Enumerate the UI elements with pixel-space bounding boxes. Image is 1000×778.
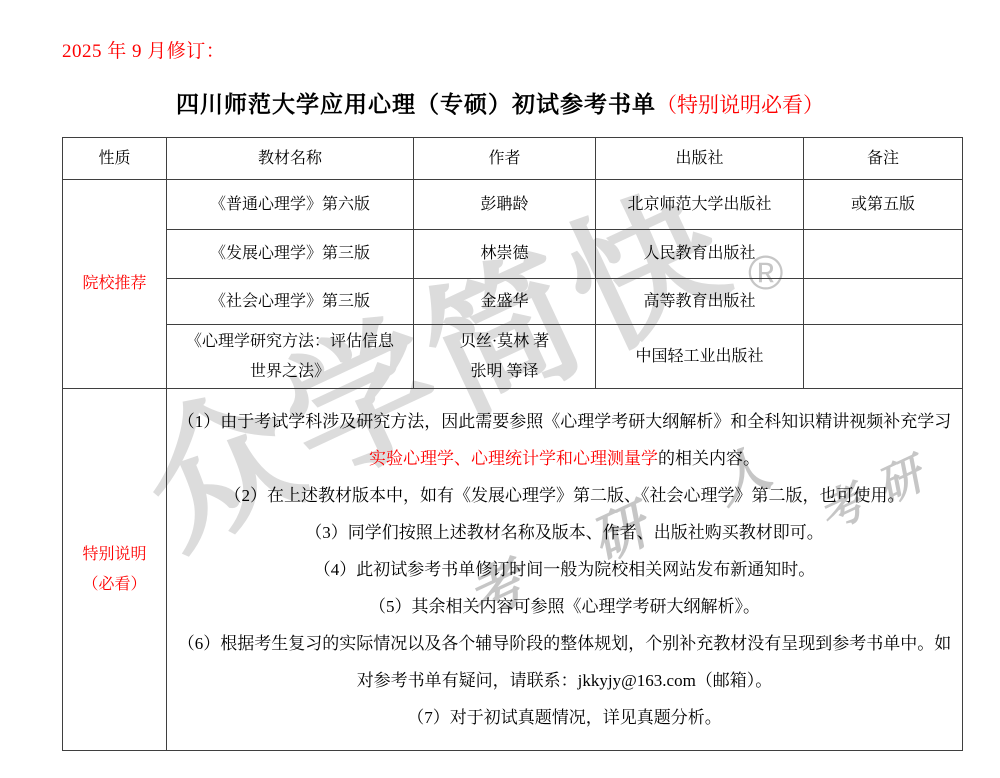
- book-note: [804, 279, 963, 325]
- column-header: 备注: [804, 138, 963, 180]
- page: { "meta": { "revision_note": "2025 年 9 月…: [0, 0, 1000, 778]
- note-text: （5）其余相关内容可参照《心理学考研大纲解析》。: [369, 597, 760, 616]
- note-text: （4）此初试参考书单修订时间一般为院校相关网站发布新通知时。: [314, 560, 816, 579]
- note-text: （1）由于考试学科涉及研究方法，因此需要参照《心理学考研大纲解析》和全科知识精讲…: [178, 412, 952, 431]
- book-author: 金盛华: [414, 279, 596, 325]
- note-item: （2）在上述教材版本中，如有《发展心理学》第二版、《社会心理学》第二版，也可使用…: [171, 477, 958, 514]
- note-item: （3）同学们按照上述教材名称及版本、作者、出版社购买教材即可。: [171, 514, 958, 551]
- note-item: （7）对于初试真题情况，详见真题分析。: [171, 699, 958, 736]
- book-name: 《社会心理学》第三版: [167, 279, 414, 325]
- book-author: 彭聃龄: [414, 180, 596, 230]
- note-text: （7）对于初试真题情况，详见真题分析。: [407, 708, 722, 727]
- book-row: 《心理学研究方法：评估信息 世界之法》贝丝·莫林 著 张明 等译中国轻工业出版社: [63, 325, 963, 389]
- book-note: [804, 325, 963, 389]
- book-note: [804, 230, 963, 279]
- note-text: 的相关内容。: [658, 449, 760, 468]
- special-notes-row: 特别说明 （必看）（1）由于考试学科涉及研究方法，因此需要参照《心理学考研大纲解…: [63, 389, 963, 751]
- note-item: （4）此初试参考书单修订时间一般为院校相关网站发布新通知时。: [171, 551, 958, 588]
- recommend-section-label: 院校推荐: [63, 180, 167, 389]
- note-text: （2）在上述教材版本中，如有《发展心理学》第二版、《社会心理学》第二版，也可使用…: [225, 486, 905, 505]
- note-text: （3）同学们按照上述教材名称及版本、作者、出版社购买教材即可。: [305, 523, 824, 542]
- note-item: （6）根据考生复习的实际情况以及各个辅导阶段的整体规划，个别补充教材没有呈现到参…: [171, 625, 958, 699]
- column-header: 性质: [63, 138, 167, 180]
- revision-date-note: 2025 年 9 月修订：: [62, 36, 225, 63]
- book-row: 院校推荐《普通心理学》第六版彭聃龄北京师范大学出版社或第五版: [63, 180, 963, 230]
- column-header: 出版社: [596, 138, 804, 180]
- book-name: 《发展心理学》第三版: [167, 230, 414, 279]
- book-name: 《心理学研究方法：评估信息 世界之法》: [167, 325, 414, 389]
- book-publisher: 北京师范大学出版社: [596, 180, 804, 230]
- book-note: 或第五版: [804, 180, 963, 230]
- book-publisher: 高等教育出版社: [596, 279, 804, 325]
- note-item: （1）由于考试学科涉及研究方法，因此需要参照《心理学考研大纲解析》和全科知识精讲…: [171, 403, 958, 477]
- note-highlight-text: 实验心理学、心理统计学和心理测量学: [369, 449, 658, 468]
- special-notes-cell: （1）由于考试学科涉及研究方法，因此需要参照《心理学考研大纲解析》和全科知识精讲…: [167, 389, 963, 751]
- book-row: 《社会心理学》第三版金盛华高等教育出版社: [63, 279, 963, 325]
- note-text: （6）根据考生复习的实际情况以及各个辅导阶段的整体规划，个别补充教材没有呈现到参…: [178, 634, 952, 690]
- book-author: 林崇德: [414, 230, 596, 279]
- column-header: 作者: [414, 138, 596, 180]
- book-publisher: 人民教育出版社: [596, 230, 804, 279]
- book-name: 《普通心理学》第六版: [167, 180, 414, 230]
- book-publisher: 中国轻工业出版社: [596, 325, 804, 389]
- special-section-label: 特别说明 （必看）: [63, 389, 167, 751]
- table-header-row: 性质教材名称作者出版社备注: [63, 138, 963, 180]
- book-row: 《发展心理学》第三版林崇德人民教育出版社: [63, 230, 963, 279]
- page-title-highlight: （特别说明必看）: [656, 93, 824, 117]
- note-item: （5）其余相关内容可参照《心理学考研大纲解析》。: [171, 588, 958, 625]
- reference-book-table: 性质教材名称作者出版社备注院校推荐《普通心理学》第六版彭聃龄北京师范大学出版社或…: [62, 137, 963, 751]
- page-title-main: 四川师范大学应用心理（专硕）初试参考书单: [176, 91, 656, 117]
- book-author: 贝丝·莫林 著 张明 等译: [414, 325, 596, 389]
- page-title: 四川师范大学应用心理（专硕）初试参考书单（特别说明必看）: [0, 86, 1000, 119]
- column-header: 教材名称: [167, 138, 414, 180]
